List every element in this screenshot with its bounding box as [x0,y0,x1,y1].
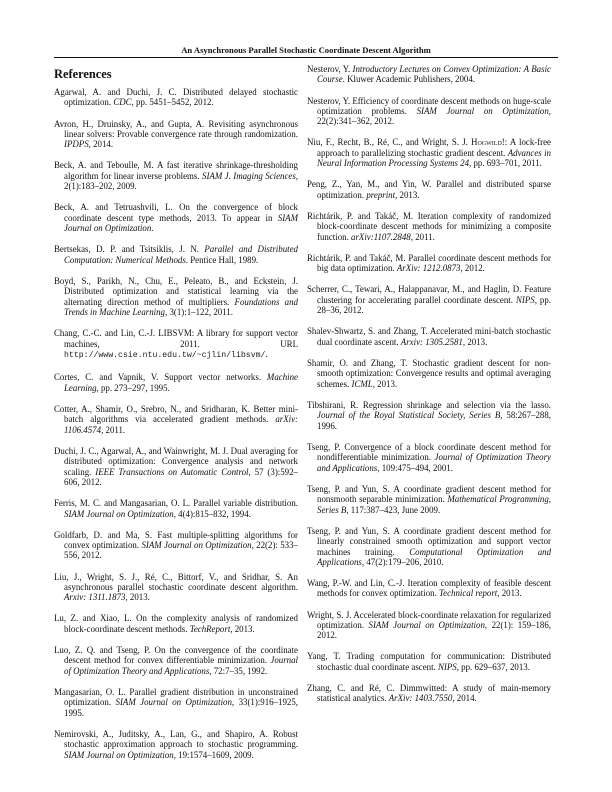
reference-authors: Bertsekas, D. P. and Tsitsiklis, J. N. [54,244,204,254]
reference-entry: Nesterov, Y. Introductory Lectures on Co… [307,64,551,85]
reference-entry: Cotter, A., Shamir, O., Srebro, N., and … [54,404,298,435]
reference-venue: SIAM Journal on Optimization [141,540,251,550]
reference-entry: Niu, F., Recht, B., Ré, C., and Wright, … [307,137,551,168]
reference-entry: Lu, Z. and Xiao, L. On the complexity an… [54,613,298,634]
reference-details: , 2013. [463,337,487,347]
reference-title: Support vector networks. [164,372,267,382]
reference-venue: Journal of the Royal Statistical Society… [317,410,500,420]
reference-authors: Nesterov, Y. [307,64,353,74]
reference-authors: Tibshirani, R. [307,400,363,410]
right-column: Nesterov, Y. Introductory Lectures on Co… [307,64,551,714]
reference-details: . [265,349,267,359]
reference-authors: Niu, F., Recht, B., Ré, C., and Wright, … [307,137,471,147]
reference-list-left: Agarwal, A. and Duchi, J. C. Distributed… [54,87,298,760]
reference-entry: Tseng, P. and Yun, S. A coordinate gradi… [307,526,551,568]
reference-authors: Richtárik, P. and Takáč, M. [307,211,418,221]
reference-venue: arXiv:1107.2848 [351,232,411,242]
reference-authors: Shamir, O. and Zhang, T. [307,358,412,368]
reference-venue: SIAM Journal on Optimization [64,509,174,519]
reference-details: , 2013. [497,588,521,598]
reference-authors: Tseng, P. and Yun, S. [307,526,394,536]
reference-details: , 2012. [460,263,484,273]
reference-entry: Tseng, P. Convergence of a block coordin… [307,442,551,473]
reference-details: . Kluwer Academic Publishers, 2004. [343,74,475,84]
reference-venue: NIPS [438,662,457,672]
reference-authors: Ferris, M. C. and Mangasarian, O. L. [54,498,193,508]
reference-details: , 72:7–35, 1992. [209,666,267,676]
reference-venue: IPDPS [64,139,89,149]
reference-authors: Luo, Z. Q. and Tseng, P. [54,645,155,655]
reference-authors: Agarwal, A. and Duchi, J. C. [54,87,183,97]
reference-venue: ArXiv: 1212.0873 [397,263,461,273]
reference-authors: Mangasarian, O. L. [54,687,129,697]
reference-details: , 117:387–423, June 2009. [346,505,440,515]
reference-authors: Nesterov, Y. [307,96,352,106]
reference-venue: ArXiv: 1403.7550 [389,693,453,703]
reference-details: , 19:1574–1609, 2009. [174,750,254,760]
reference-authors: Beck, A. and Teboulle, M. [54,160,157,170]
reference-details: , 2013. [125,592,149,602]
reference-entry: Nesterov, Y. Efficiency of coordinate de… [307,96,551,127]
reference-details: . [151,223,153,233]
reference-venue: Arxiv: 1305.2581 [401,337,463,347]
header-rule [54,57,558,58]
reference-details: , 2011. [101,425,125,435]
reference-venue: CDC [113,97,131,107]
reference-details: , pp. 5451–5452, 2012. [132,97,214,107]
reference-title-smallcaps: Hogwild [471,137,502,147]
reference-authors: Nemirovski, A., Juditsky, A., Lan, G., a… [54,729,273,739]
reference-details: , 2013. [230,624,254,634]
reference-details: , pp. 273–297, 1995. [97,383,170,393]
reference-authors: Peng, Z., Yan, M., and Yin, W. [307,179,436,189]
reference-list-right: Nesterov, Y. Introductory Lectures on Co… [307,64,551,704]
reference-venue: SIAM Journal on Optimization [116,697,232,707]
reference-venue: NIPS [516,295,535,305]
reference-entry: Richtárik, P. and Takáč, M. Parallel coo… [307,253,551,274]
reference-authors: Yang, T. [307,651,346,661]
reference-details: , 2014. [452,693,476,703]
reference-details: , 47(2):179–206, 2010. [362,557,444,567]
reference-entry: Liu, J., Wright, S. J., Ré, C., Bittorf,… [54,572,298,603]
reference-authors: Richtárik, P. and Takáč, M. [307,253,408,263]
reference-authors: Tseng, P. [307,442,344,452]
reference-authors: Boyd, S., Parikh, N., Chu, E., Peleato, … [54,276,298,286]
reference-details: , 2013. [373,379,397,389]
reference-venue: TechReport [190,624,231,634]
reference-title: Regression shrinkage and selection via t… [363,400,551,410]
reference-entry: Shamir, O. and Zhang, T. Stochastic grad… [307,358,551,389]
reference-authors: Wang, P.-W. and Lin, C.-J. [307,578,408,588]
reference-authors: Cotter, A., Shamir, O., Srebro, N., and … [54,404,254,414]
reference-authors: Zhang, C. and Ré, C. [307,683,400,693]
reference-entry: Avron, H., Druinsky, A., and Gupta, A. R… [54,119,298,150]
reference-entry: Beck, A. and Teboulle, M. A fast iterati… [54,160,298,191]
reference-details: , 109:475–494, 2001. [377,463,453,473]
reference-details: , 2011. [411,232,435,242]
reference-venue: IEEE Transactions on Automatic Control [95,467,248,477]
reference-entry: Agarwal, A. and Duchi, J. C. Distributed… [54,87,298,108]
reference-entry: Peng, Z., Yan, M., and Yin, W. Parallel … [307,179,551,200]
reference-venue: SIAM Journal on Optimization [369,620,485,630]
reference-entry: Wang, P.-W. and Lin, C.-J. Iteration com… [307,578,551,599]
reference-entry: Duchi, J. C., Agarwal, A., and Wainwrigh… [54,446,298,488]
reference-authors: Goldfarb, D. and Ma, S. [54,530,157,540]
reference-entry: Boyd, S., Parikh, N., Chu, E., Peleato, … [54,276,298,318]
reference-entry: Luo, Z. Q. and Tseng, P. On the converge… [54,645,298,676]
reference-entry: Wright, S. J. Accelerated block-coordina… [307,610,551,641]
reference-title: Parallel variable distribution. [193,498,298,508]
reference-authors: Chang, C.-C. and Lin, C.-J. [54,328,158,338]
reference-authors: Wright, S. J. [307,610,353,620]
reference-authors: Scherrer, C., Tewari, A., Halappanavar, … [307,284,524,294]
reference-entry: Ferris, M. C. and Mangasarian, O. L. Par… [54,498,298,519]
reference-entry: Richtárik, P. and Takáč, M. Iteration co… [307,211,551,242]
reference-details: , 4(4):815–832, 1994. [174,509,251,519]
reference-entry: Bertsekas, D. P. and Tsitsiklis, J. N. P… [54,244,298,265]
reference-entry: Cortes, C. and Vapnik, V. Support vector… [54,372,298,393]
reference-authors: Beck, A. and Tetruashvili, L. [54,202,179,212]
reference-entry: Tibshirani, R. Regression shrinkage and … [307,400,551,431]
reference-entry: Tseng, P. and Yun, S. A coordinate gradi… [307,484,551,515]
reference-details: , pp. 693–701, 2011. [469,158,542,168]
running-head: An Asynchronous Parallel Stochastic Coor… [54,45,558,55]
reference-venue: SIAM Journal on Optimization [64,750,174,760]
reference-entry: Nemirovski, A., Juditsky, A., Lan, G., a… [54,729,298,760]
reference-entry: Chang, C.-C. and Lin, C.-J. LIBSVM: A li… [54,328,298,361]
reference-authors: Duchi, J. C., Agarwal, A., and Wainwrigh… [54,446,231,456]
reference-details: , pp. 629–637, 2013. [457,662,530,672]
reference-authors: Lu, Z. and Xiao, L. [54,613,136,623]
reference-entry: Zhang, C. and Ré, C. Dimmwitted: A study… [307,683,551,704]
reference-venue: SIAM J. Imaging Sciences [202,171,296,181]
reference-url-link[interactable]: http://www.csie.ntu.edu.tw/~cjlin/libsvm… [64,351,265,360]
reference-entry: Mangasarian, O. L. Parallel gradient dis… [54,687,298,718]
reference-authors: Liu, J., Wright, S. J., Ré, C., Bittorf,… [54,572,287,582]
reference-details: . Pentice Hall, 1989. [186,255,258,265]
reference-entry: Goldfarb, D. and Ma, S. Fast multiple-sp… [54,530,298,561]
reference-venue: Technical report [439,588,497,598]
left-column: References Agarwal, A. and Duchi, J. C. … [54,64,298,771]
reference-entry: Yang, T. Trading computation for communi… [307,651,551,672]
section-title: References [54,67,298,81]
reference-authors: Shalev-Shwartz, S. and Zhang, T. [307,326,430,336]
reference-authors: Tseng, P. and Yun, S. [307,484,394,494]
reference-entry: Beck, A. and Tetruashvili, L. On the con… [54,202,298,233]
reference-details: , 2013. [395,190,419,200]
reference-venue: SIAM Journal on Optimization [417,106,549,116]
reference-entry: Shalev-Shwartz, S. and Zhang, T. Acceler… [307,326,551,347]
reference-venue: ICML [352,379,373,389]
reference-details: , 2014. [89,139,113,149]
reference-entry: Scherrer, C., Tewari, A., Halappanavar, … [307,284,551,315]
reference-authors: Avron, H., Druinsky, A., and Gupta, A. [54,119,208,129]
reference-venue: Arxiv: 1311.1873 [64,592,125,602]
reference-authors: Cortes, C. and Vapnik, V. [54,372,164,382]
reference-details: , 3(1):1–122, 2011. [165,307,233,317]
reference-venue: preprint [366,190,395,200]
